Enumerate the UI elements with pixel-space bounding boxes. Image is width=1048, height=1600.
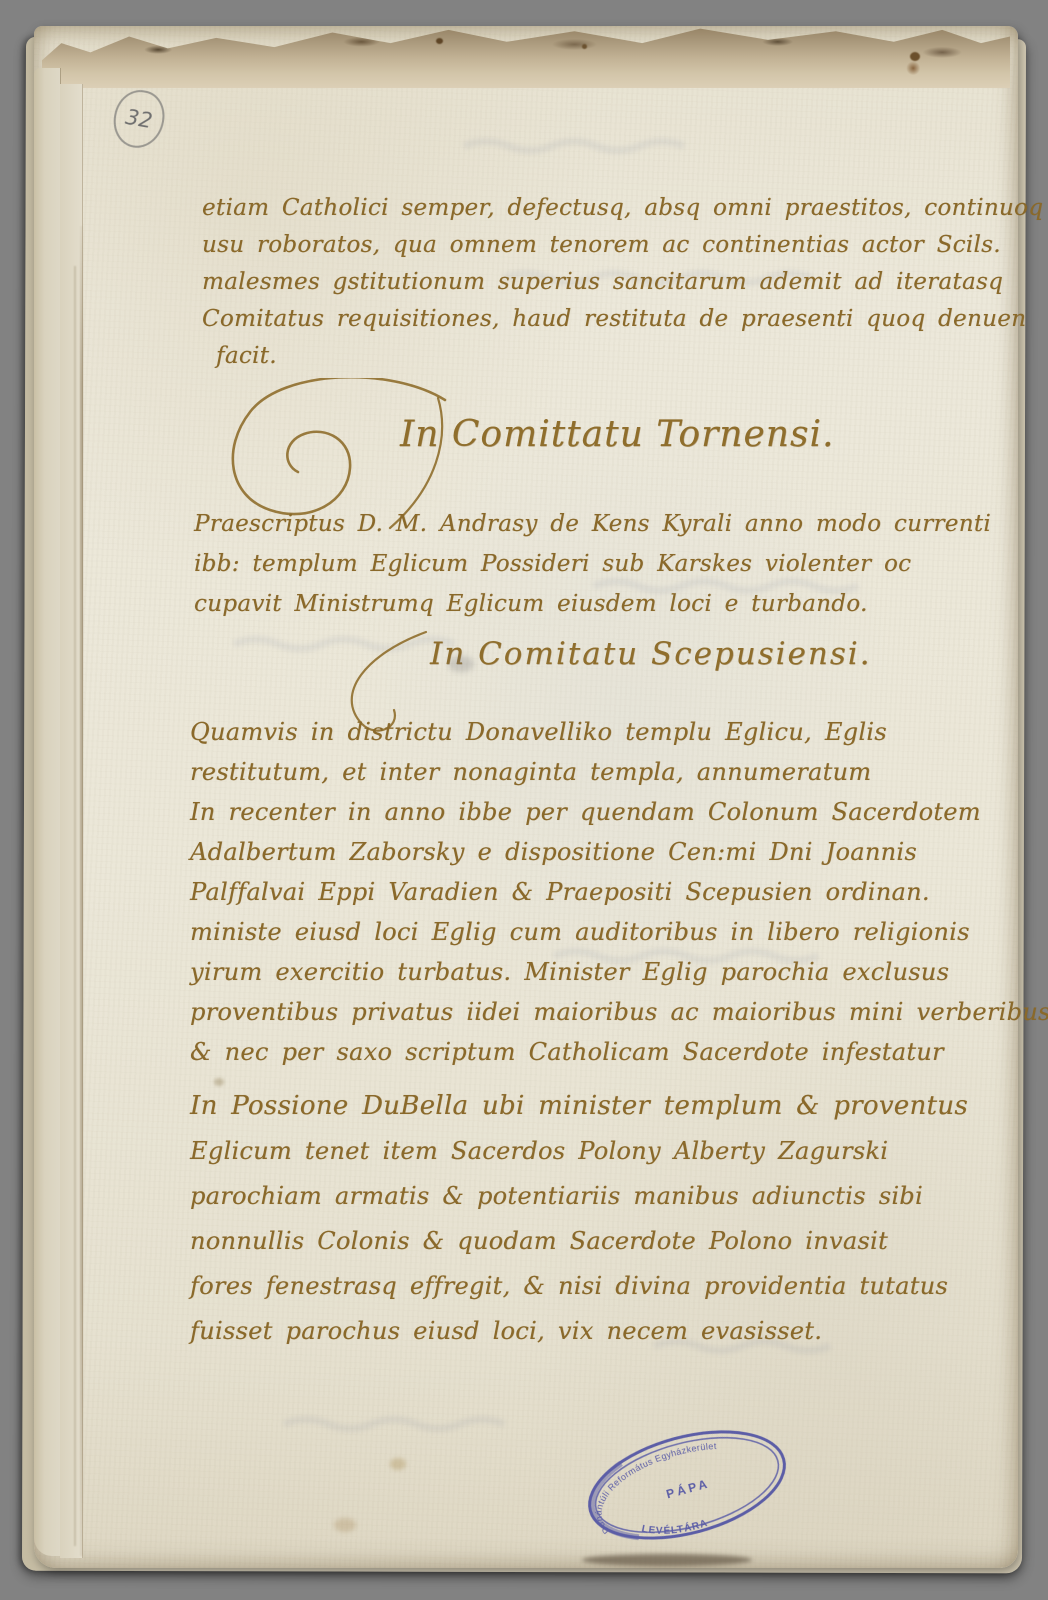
left-leaf-edge [34, 68, 61, 1556]
manuscript-line: usu roboratos, qua omnem tenorem ac cont… [202, 227, 1043, 264]
page-number-pencil: 32 [109, 86, 168, 152]
manuscript-line: malesmes gstitutionum superius sancitaru… [202, 264, 1043, 301]
manuscript-line: ibb: templum Eglicum Possideri sub Karsk… [194, 544, 991, 584]
stain [582, 44, 587, 49]
manuscript-line: Praescriptus D. M. Andrasy de Kens Kyral… [194, 504, 991, 544]
stain [436, 38, 443, 44]
manuscript-line: & nec per saxo scriptum Catholicam Sacer… [190, 1032, 1048, 1072]
manuscript-line: Comitatus requisitiones, haud restituta … [202, 301, 1043, 338]
stain [214, 1078, 224, 1086]
manuscript-line: parochiam armatis & potentiariis manibus… [190, 1174, 968, 1219]
fold-crease [74, 266, 76, 1546]
manuscript-line: nonnullis Colonis & quodam Sacerdote Pol… [190, 1219, 968, 1264]
fold-crease [80, 226, 83, 1556]
section-heading-scepusiensi: In Comitatu Scepusiensi. [430, 636, 872, 672]
smudge [448, 656, 474, 672]
manuscript-line: fuisset parochus eiusd loci, vix necem e… [190, 1309, 968, 1354]
stamp-center-text: PÁPA [664, 1475, 711, 1501]
manuscript-line: Adalbertum Zaborsky e dispositione Cen:m… [190, 832, 1048, 872]
stamp-bottom-text: LEVÉLTÁRA [638, 1507, 710, 1546]
manuscript-line: In recenter in anno ibbe per quendam Col… [190, 792, 1048, 832]
manuscript-page: 32 etiam Catholici semper, defectusq, ab… [34, 26, 1018, 1568]
manuscript-line: yirum exercitio turbatus. Minister Eglig… [190, 952, 1048, 992]
manuscript-line: cupavit Ministrumq Eglicum eiusdem loci … [194, 584, 991, 624]
paragraph-4: In Possione DuBella ubi minister templum… [190, 1084, 968, 1354]
torn-top-edge [42, 22, 1010, 88]
paragraph-3: Quamvis in districtu Donavelliko templu … [190, 712, 1048, 1072]
stain [390, 1458, 406, 1470]
section-heading-tornensi: In Comittatu Tornensi. [400, 414, 834, 455]
manuscript-line: Quamvis in districtu Donavelliko templu … [190, 712, 1048, 752]
manuscript-line: Eglicum tenet item Sacerdos Polony Alber… [190, 1129, 968, 1174]
manuscript-line: In Possione DuBella ubi minister templum… [190, 1084, 968, 1129]
page-number: 32 [124, 105, 154, 133]
manuscript-line: etiam Catholici semper, defectusq, absq … [202, 190, 1043, 227]
stain [334, 1518, 356, 1532]
archive-stamp: Dunántúli Református Egyházkerület PÁPA … [563, 1399, 812, 1571]
manuscript-line: proventibus privatus iidei maioribus ac … [190, 992, 1048, 1032]
manuscript-line: facit. [216, 338, 1043, 375]
svg-text:LEVÉLTÁRA: LEVÉLTÁRA [638, 1507, 710, 1546]
paragraph-1: etiam Catholici semper, defectusq, absq … [202, 190, 1043, 375]
paragraph-2: Praescriptus D. M. Andrasy de Kens Kyral… [194, 504, 991, 624]
manuscript-line: restitutum, et inter nonaginta templa, a… [190, 752, 1048, 792]
manuscript-line: Palffalvai Eppi Varadien & Praepositi Sc… [190, 872, 1048, 912]
stain [910, 52, 920, 61]
manuscript-line: fores fenestrasq effregit, & nisi divina… [190, 1264, 968, 1309]
manuscript-line: ministe eiusd loci Eglig cum auditoribus… [190, 912, 1048, 952]
manuscript-photo: 32 etiam Catholici semper, defectusq, ab… [0, 0, 1048, 1600]
